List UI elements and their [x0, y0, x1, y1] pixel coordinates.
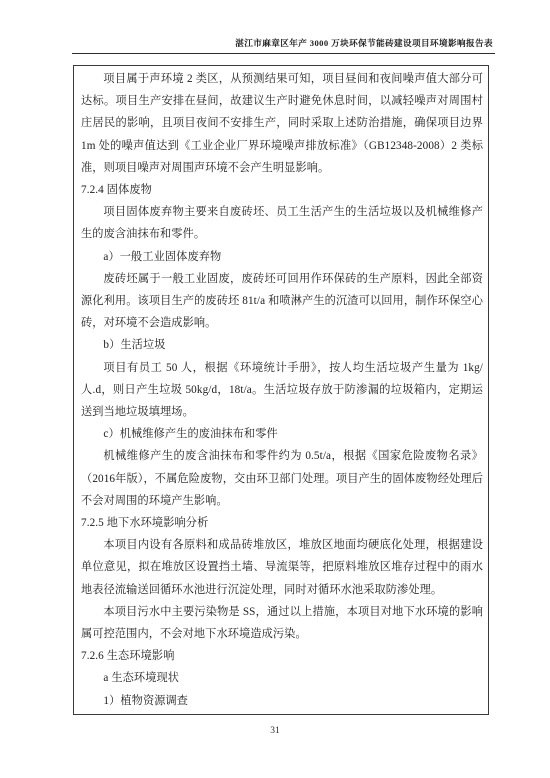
- paragraph-oily-rags-disposal: 机械维修产生的废含油抹布和零件约为 0.5t/a，根据《国家危险废物名录》（20…: [81, 445, 483, 512]
- heading-7-2-5-groundwater: 7.2.5 地下水环境影响分析: [81, 512, 483, 534]
- paragraph-brick-blank-reuse: 废砖坯属于一般工业固废，废砖坯可回用作环保砖的生产原料，因此全部资源化利用。该项…: [81, 268, 483, 335]
- subitem-plant-resource-survey: 1）植物资源调查: [81, 690, 483, 712]
- page-number: 31: [0, 726, 550, 736]
- content-box: 项目属于声环境 2 类区，从预测结果可知，项目昼间和夜间噪声值大部分可达标。项目…: [73, 65, 489, 715]
- paragraph-domestic-garbage: 项目有员工 50 人，根据《环境统计手册》，按人均生活垃圾产生量为 1kg/人.…: [81, 357, 483, 424]
- header-rule: [72, 53, 495, 54]
- paragraph-noise-impact-conclusion: 项目属于声环境 2 类区，从预测结果可知，项目昼间和夜间噪声值大部分可达标。项目…: [81, 68, 483, 179]
- heading-7-2-6-ecology: 7.2.6 生态环境影响: [81, 645, 483, 667]
- heading-7-2-4-solid-waste: 7.2.4 固体废物: [81, 179, 483, 201]
- subitem-c-mechanical-maintenance-waste: c）机械维修产生的废油抹布和零件: [81, 423, 483, 445]
- subitem-a-general-industrial-waste: a）一般工业固体废弃物: [81, 246, 483, 268]
- paragraph-solid-waste-intro: 项目固体废弃物主要来自废砖坯、员工生活产生的生活垃圾以及机械维修产生的废含油抹布…: [81, 201, 483, 245]
- running-header-title: 湛江市麻章区年产 3000 万块环保节能砖建设项目环境影响报告表: [72, 37, 493, 49]
- paragraph-groundwater-measures: 本项目内设有各原料和成品砖堆放区，堆放区地面均硬底化处理，根据建设单位意见，拟在…: [81, 534, 483, 601]
- subitem-b-domestic-garbage: b）生活垃圾: [81, 334, 483, 356]
- document-page: 湛江市麻章区年产 3000 万块环保节能砖建设项目环境影响报告表 项目属于声环境…: [0, 0, 550, 778]
- subitem-ecology-status: a 生态环境现状: [81, 667, 483, 689]
- paragraph-groundwater-conclusion: 本项目污水中主要污染物是 SS，通过以上措施，本项目对地下水环境的影响属可控范围…: [81, 601, 483, 645]
